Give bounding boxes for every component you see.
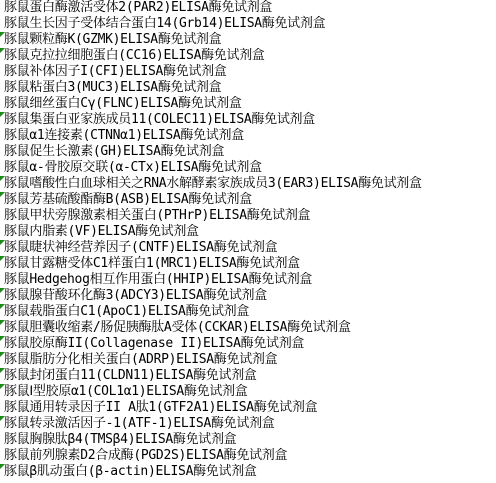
list-item-text: 豚鼠克拉拉细胞蛋白(CC16)ELISA酶免试剂盒 bbox=[4, 48, 265, 63]
list-item-text: 豚鼠促生长激素(GH)ELISA酶免试剂盒 bbox=[4, 144, 224, 159]
list-item[interactable]: 豚鼠细丝蛋白Cγ(FLNC)ELISA酶免试剂盒 bbox=[0, 96, 496, 112]
list-item[interactable]: 豚鼠前列腺素D2合成酶(PGD2S)ELISA酶免试剂盒 bbox=[0, 448, 496, 464]
list-item[interactable]: 豚鼠α1连接素(CTNNα1)ELISA酶免试剂盒 bbox=[0, 128, 496, 144]
list-item[interactable]: 豚鼠嗜酸性白血球相关之RNA水解酵素家族成员3(EAR3)ELISA酶免试剂盒 bbox=[0, 176, 496, 192]
cell-comment-marker-icon bbox=[0, 240, 5, 245]
list-item-text: 豚鼠睫状神经营养因子(CNTF)ELISA酶免试剂盒 bbox=[4, 240, 277, 255]
list-item-text: 豚鼠前列腺素D2合成酶(PGD2S)ELISA酶免试剂盒 bbox=[4, 448, 287, 463]
cell-comment-marker-icon bbox=[0, 464, 5, 469]
cell-comment-marker-icon bbox=[0, 48, 5, 53]
list-item[interactable]: 豚鼠胸腺肽β4(TMSβ4)ELISA酶免试剂盒 bbox=[0, 432, 496, 448]
list-item[interactable]: 豚鼠α-骨胶原交联(α-CTx)ELISA酶免试剂盒 bbox=[0, 160, 496, 176]
cell-comment-marker-icon bbox=[0, 368, 5, 373]
list-item-text: 豚鼠Hedgehog相互作用蛋白(HHIP)ELISA酶免试剂盒 bbox=[4, 272, 312, 287]
cell-comment-marker-icon bbox=[0, 176, 5, 181]
list-item-text: 豚鼠β肌动蛋白(β-actin)ELISA酶免试剂盒 bbox=[4, 464, 257, 479]
cell-comment-marker-icon bbox=[0, 192, 5, 197]
list-item[interactable]: 豚鼠内脂素(VF)ELISA酶免试剂盒 bbox=[0, 224, 496, 240]
list-item-text: 豚鼠α-骨胶原交联(α-CTx)ELISA酶免试剂盒 bbox=[4, 160, 262, 175]
list-item-text: 豚鼠Ⅰ型胶原α1(COL1α1)ELISA酶免试剂盒 bbox=[4, 384, 247, 399]
list-item-text: 豚鼠生长因子受体结合蛋白14(Grb14)ELISA酶免试剂盒 bbox=[4, 16, 325, 31]
list-item-text: 豚鼠甲状旁腺激素相关蛋白(PTHrP)ELISA酶免试剂盒 bbox=[4, 208, 310, 223]
list-item[interactable]: 豚鼠甲状旁腺激素相关蛋白(PTHrP)ELISA酶免试剂盒 bbox=[0, 208, 496, 224]
list-item-text: 豚鼠腺苷酸环化酶3(ADCY3)ELISA酶免试剂盒 bbox=[4, 288, 267, 303]
list-item[interactable]: 豚鼠促生长激素(GH)ELISA酶免试剂盒 bbox=[0, 144, 496, 160]
list-item[interactable]: 豚鼠芳基硫酸酯酶B(ASB)ELISA酶免试剂盒 bbox=[0, 192, 496, 208]
list-item[interactable]: 豚鼠睫状神经营养因子(CNTF)ELISA酶免试剂盒 bbox=[0, 240, 496, 256]
list-item[interactable]: 豚鼠胶原酶II(Collagenase II)ELISA酶免试剂盒 bbox=[0, 336, 496, 352]
list-item[interactable]: 豚鼠通用转录因子II A肽1(GTF2A1)ELISA酶免试剂盒 bbox=[0, 400, 496, 416]
list-item-text: 豚鼠脂肪分化相关蛋白(ADRP)ELISA酶免试剂盒 bbox=[4, 352, 277, 367]
list-item[interactable]: 豚鼠集蛋白亚家族成员11(COLEC11)ELISA酶免试剂盒 bbox=[0, 112, 496, 128]
list-item-text: 豚鼠集蛋白亚家族成员11(COLEC11)ELISA酶免试剂盒 bbox=[4, 112, 315, 127]
cell-comment-marker-icon bbox=[0, 256, 5, 261]
list-item-text: 豚鼠载脂蛋白C1(ApoC1)ELISA酶免试剂盒 bbox=[4, 304, 249, 319]
list-item-text: 豚鼠内脂素(VF)ELISA酶免试剂盒 bbox=[4, 224, 199, 239]
cell-comment-marker-icon bbox=[0, 416, 5, 421]
list-item-text: 豚鼠通用转录因子II A肽1(GTF2A1)ELISA酶免试剂盒 bbox=[4, 400, 317, 415]
cell-comment-marker-icon bbox=[0, 288, 5, 293]
list-item-text: 豚鼠蛋白酶激活受体2(PAR2)ELISA酶免试剂盒 bbox=[4, 0, 272, 15]
list-item[interactable]: 豚鼠克拉拉细胞蛋白(CC16)ELISA酶免试剂盒 bbox=[0, 48, 496, 64]
list-item-text: 豚鼠粘蛋白3(MUC3)ELISA酶免试剂盒 bbox=[4, 80, 221, 95]
list-item[interactable]: 豚鼠颗粒酶K(GZMK)ELISA酶免试剂盒 bbox=[0, 32, 496, 48]
cell-comment-marker-icon bbox=[0, 32, 5, 37]
cell-comment-marker-icon bbox=[0, 384, 5, 389]
cell-comment-marker-icon bbox=[0, 112, 5, 117]
list-item-text: 豚鼠细丝蛋白Cγ(FLNC)ELISA酶免试剂盒 bbox=[4, 96, 242, 111]
list-item[interactable]: 豚鼠补体因子I(CFI)ELISA酶免试剂盒 bbox=[0, 64, 496, 80]
list-item[interactable]: 豚鼠脂肪分化相关蛋白(ADRP)ELISA酶免试剂盒 bbox=[0, 352, 496, 368]
list-item[interactable]: 豚鼠Hedgehog相互作用蛋白(HHIP)ELISA酶免试剂盒 bbox=[0, 272, 496, 288]
list-item-text: 豚鼠甘露糖受体C1样蛋白1(MRC1)ELISA酶免试剂盒 bbox=[4, 256, 300, 271]
list-item-text: 豚鼠胸腺肽β4(TMSβ4)ELISA酶免试剂盒 bbox=[4, 432, 236, 447]
list-item-text: 豚鼠芳基硫酸酯酶B(ASB)ELISA酶免试剂盒 bbox=[4, 192, 252, 207]
list-item-text: 豚鼠补体因子I(CFI)ELISA酶免试剂盒 bbox=[4, 64, 227, 79]
list-item[interactable]: 豚鼠载脂蛋白C1(ApoC1)ELISA酶免试剂盒 bbox=[0, 304, 496, 320]
cell-comment-marker-icon bbox=[0, 352, 5, 357]
cell-comment-marker-icon bbox=[0, 304, 5, 309]
list-item-text: 豚鼠嗜酸性白血球相关之RNA水解酵素家族成员3(EAR3)ELISA酶免试剂盒 bbox=[4, 176, 422, 191]
list-item[interactable]: 豚鼠蛋白酶激活受体2(PAR2)ELISA酶免试剂盒 bbox=[0, 0, 496, 16]
cell-comment-marker-icon bbox=[0, 320, 5, 325]
list-item[interactable]: 豚鼠粘蛋白3(MUC3)ELISA酶免试剂盒 bbox=[0, 80, 496, 96]
list-item[interactable]: 豚鼠甘露糖受体C1样蛋白1(MRC1)ELISA酶免试剂盒 bbox=[0, 256, 496, 272]
list-item-text: 豚鼠α1连接素(CTNNα1)ELISA酶免试剂盒 bbox=[4, 128, 244, 143]
list-item[interactable]: 豚鼠胆囊收缩素/肠促胰酶肽A受体(CCKAR)ELISA酶免试剂盒 bbox=[0, 320, 496, 336]
list-item[interactable]: 豚鼠β肌动蛋白(β-actin)ELISA酶免试剂盒 bbox=[0, 464, 496, 480]
cell-comment-marker-icon bbox=[0, 336, 5, 341]
list-item-text: 豚鼠颗粒酶K(GZMK)ELISA酶免试剂盒 bbox=[4, 32, 221, 47]
list-item[interactable]: 豚鼠生长因子受体结合蛋白14(Grb14)ELISA酶免试剂盒 bbox=[0, 16, 496, 32]
list-item-text: 豚鼠封闭蛋白11(CLDN11)ELISA酶免试剂盒 bbox=[4, 368, 257, 383]
list-item[interactable]: 豚鼠腺苷酸环化酶3(ADCY3)ELISA酶免试剂盒 bbox=[0, 288, 496, 304]
list-item-text: 豚鼠胶原酶II(Collagenase II)ELISA酶免试剂盒 bbox=[4, 336, 304, 351]
list-item-text: 豚鼠转录激活因子-1(ATF-1)ELISA酶免试剂盒 bbox=[4, 416, 274, 431]
product-list: 豚鼠蛋白酶激活受体2(PAR2)ELISA酶免试剂盒豚鼠生长因子受体结合蛋白14… bbox=[0, 0, 496, 480]
list-item[interactable]: 豚鼠转录激活因子-1(ATF-1)ELISA酶免试剂盒 bbox=[0, 416, 496, 432]
list-item-text: 豚鼠胆囊收缩素/肠促胰酶肽A受体(CCKAR)ELISA酶免试剂盒 bbox=[4, 320, 351, 335]
list-item[interactable]: 豚鼠封闭蛋白11(CLDN11)ELISA酶免试剂盒 bbox=[0, 368, 496, 384]
list-item[interactable]: 豚鼠Ⅰ型胶原α1(COL1α1)ELISA酶免试剂盒 bbox=[0, 384, 496, 400]
